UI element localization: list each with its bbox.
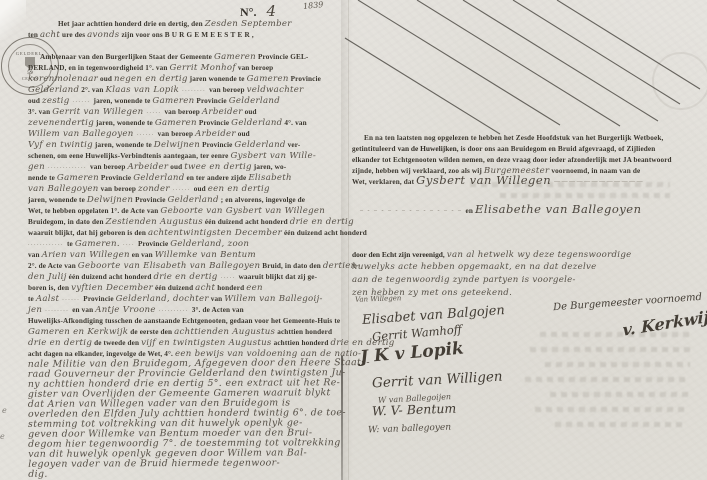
- document-line: ten acht ure des avonds zijn voor ons BU…: [28, 27, 342, 38]
- printed-text: zijn voor ons: [120, 31, 165, 39]
- printed-text: Wet, verklaren, dat: [352, 178, 416, 186]
- bleedthrough-line: [500, 193, 670, 198]
- document-line: Wet, te hebben opgelaten 1°. de Acte van…: [28, 203, 342, 214]
- document-line: gen ............. van beroep Arbeider ou…: [28, 159, 342, 170]
- left-page-text: Het jaar achttien honderd drie en dertig…: [28, 16, 342, 479]
- margin-mark: e: [2, 406, 7, 415]
- document-line: door den Echt zijn vereenigd, van al het…: [352, 247, 700, 258]
- document-line: huwelyks acte hebben opgemaakt, en na da…: [352, 258, 700, 271]
- right-page-declaration: En na ten laatsten nog opgelezen te hebb…: [352, 130, 700, 185]
- printed-text: ten: [28, 31, 40, 39]
- document-line: acht dagen na elkander, ingevolge de Wet…: [28, 346, 342, 357]
- bleedthrough-line: [555, 422, 685, 427]
- document-line: den Julij één duizend acht honderd drie …: [28, 269, 342, 280]
- document-line: Gameren en Kerkwijk de eerste den achtti…: [28, 324, 342, 335]
- document-line: te Aalst ...... Provincie Gelderland, do…: [28, 291, 342, 302]
- document-line: Willem van Ballegoyen ...... van beroep …: [28, 126, 342, 137]
- document-line: korenmolenaar oud negen en dertig jaren …: [28, 71, 342, 82]
- document-line: Gelderland 2°. van Klaas van Lopik .....…: [28, 82, 342, 93]
- document-line: elkander tot Echtgenooten wilden nemen, …: [352, 152, 700, 163]
- printed-text: – - – - – - – - – - – - – - –: [360, 208, 466, 214]
- right-page-closing: door den Echt zijn vereenigd, van al het…: [352, 247, 700, 297]
- document-line: waaruit blijkt, dat hij geboren is den a…: [28, 225, 342, 236]
- document-line: drie en dertig de tweede den vijf en twi…: [28, 335, 342, 346]
- bleedthrough-line: [550, 392, 690, 397]
- document-line: 2°. de Acte van Geboorte van Elisabeth v…: [28, 258, 342, 269]
- signature-marginal-note: Van Willegen: [355, 294, 402, 304]
- margin-mark: e: [0, 432, 5, 441]
- document-line: getintituleerd van de Huwelijken, is doo…: [352, 141, 700, 152]
- handwritten-block: nale Militie van den Bruidegom, Afgegeve…: [28, 358, 343, 480]
- signature-mother: W. V- Bentum: [372, 401, 457, 419]
- printed-text: en: [466, 207, 475, 215]
- bleedthrough-line: [470, 182, 670, 187]
- printed-text: ure des: [60, 31, 87, 39]
- scan-corner-highlight: [0, 0, 26, 40]
- document-scan: N°. 4 1839 GELDERL. 59 CENTS Het jaar ac…: [0, 0, 707, 480]
- bride-name-line: – - – - – - – - – - – - – - – en Elisabe…: [360, 203, 641, 214]
- document-line: DERLAND, en in tegenwoordigheid 1°. van …: [28, 60, 342, 71]
- stamp-bleedthrough-icon: [652, 52, 707, 110]
- fold-crease: [348, 0, 349, 480]
- document-line: boren is, den vyftien December één duize…: [28, 280, 342, 291]
- document-line: Ambtenaar van den Burgerlijken Staat der…: [28, 49, 342, 60]
- document-line: 3°. van Gerrit van Willegen ..... van be…: [28, 104, 342, 115]
- document-line: En na ten laatsten nog opgelezen te hebb…: [352, 130, 700, 141]
- document-line: zevenendertig jaren, wonende te Gameren …: [28, 115, 342, 126]
- handwritten-line: dig.: [28, 468, 342, 480]
- bleedthrough-line: [545, 362, 690, 367]
- document-line: jaren, wonende te Delwijnen Provincie Ge…: [28, 192, 342, 203]
- document-line: Bruidegom, in dato den Zestienden August…: [28, 214, 342, 225]
- bleedthrough-line: [525, 377, 690, 382]
- printed-text: acht dagen na elkander, ingevolge de Wet…: [28, 350, 175, 358]
- document-line: van Ballegoyen van beroep zonder ...... …: [28, 181, 342, 192]
- document-line: oud zestig ...... jaren, wonende te Game…: [28, 93, 342, 104]
- printed-text: BURGEMEESTER,: [165, 31, 256, 39]
- document-line: ............ te Gameren. .... Provincie …: [28, 236, 342, 247]
- bleedthrough-line: [535, 407, 685, 412]
- document-line: jen ........ en van Antje Vroone .......…: [28, 302, 342, 313]
- document-line: nende te Gameren Provincie Gelderland en…: [28, 170, 342, 181]
- document-line: van Arien van Willegen en van Willemke v…: [28, 247, 342, 258]
- document-line: Vyf en twintig jaren, wonende te Delwijn…: [28, 137, 342, 148]
- document-line: Huwelijks-Afkondiging tusschen de aansta…: [28, 313, 342, 324]
- document-line: schenen, om eene Huwelijks-Verbindtenis …: [28, 148, 342, 159]
- document-line: Het jaar achttien honderd drie en dertig…: [28, 16, 342, 27]
- document-line: aan de tegenwoordig zynde partyen is voo…: [352, 271, 700, 284]
- bleedthrough-line: [530, 347, 690, 352]
- bleedthrough-line: [540, 332, 690, 337]
- handwritten-text: acht: [40, 30, 60, 40]
- handwritten-text: avonds: [87, 30, 119, 40]
- handwritten-text: Elisabethe van Ballegoyen: [475, 202, 642, 216]
- document-line: – - – - – - – - – - – - – - – en Elisabe…: [360, 203, 641, 214]
